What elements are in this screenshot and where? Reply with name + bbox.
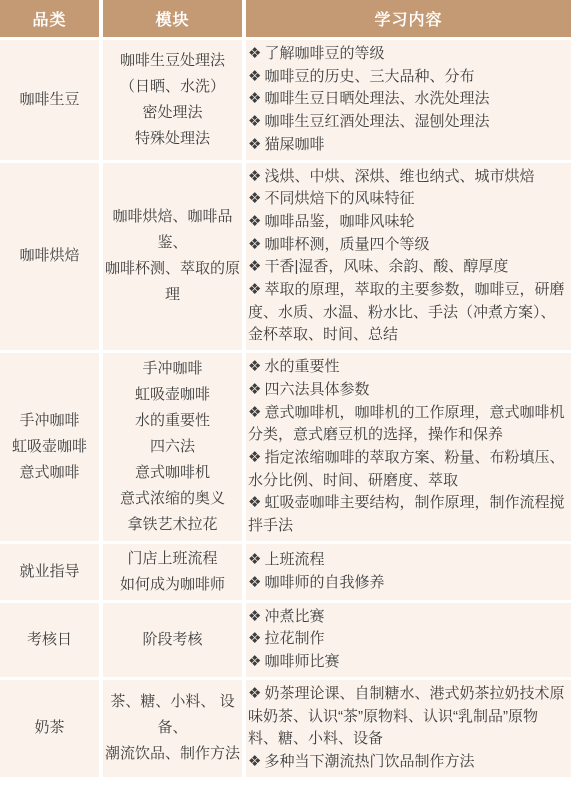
- category-line: 就业指导: [19, 559, 79, 585]
- content-item: ❖猫屎咖啡: [248, 134, 567, 157]
- content-cell: ❖水的重要性❖四六法具体参数❖意式咖啡机，咖啡机的工作原理，意式咖啡机分类，意式…: [246, 353, 571, 541]
- module-line: 意式咖啡机: [135, 460, 210, 486]
- category-cell: 咖啡生豆: [0, 40, 99, 160]
- module-line: （日晒、水洗）: [120, 74, 225, 100]
- content-item: ❖意式咖啡机，咖啡机的工作原理，意式咖啡机分类，意式磨豆机的选择，操作和保养: [248, 402, 567, 447]
- category-cell: 考核日: [0, 603, 99, 677]
- module-line: 虹吸壶咖啡: [135, 382, 210, 408]
- module-cell: 手冲咖啡虹吸壶咖啡水的重要性四六法意式咖啡机意式浓缩的奥义拿铁艺术拉花: [103, 353, 242, 541]
- module-line: 咖啡烘焙、咖啡品鉴、: [104, 204, 241, 256]
- content-item: ❖四六法具体参数: [248, 379, 567, 402]
- module-line: 手冲咖啡: [142, 356, 202, 382]
- module-line: 特殊处理法: [135, 126, 210, 152]
- diamond-bullet-icon: ❖: [248, 213, 261, 230]
- diamond-bullet-icon: ❖: [248, 551, 261, 568]
- content-item: ❖咖啡豆的历史、三大品种、分布: [248, 66, 567, 89]
- category-cell: 就业指导: [0, 544, 99, 600]
- module-line: 密处理法: [142, 100, 202, 126]
- module-line: 意式浓缩的奥义: [120, 486, 225, 512]
- module-line: 水的重要性: [135, 408, 210, 434]
- content-item: ❖浅烘、中烘、深烘、维也纳式、城市烘焙: [248, 166, 567, 189]
- content-item: ❖水的重要性: [248, 356, 567, 379]
- diamond-bullet-icon: ❖: [248, 494, 261, 511]
- content-item: ❖奶茶理论课、自制糖水、港式奶茶拉奶技术原味奶茶、认识“茶”原物料、认识“乳制品…: [248, 683, 567, 751]
- content-item: ❖咖啡生豆红酒处理法、湿刨处理法: [248, 111, 567, 134]
- content-item: ❖冲煮比赛: [248, 606, 567, 629]
- module-cell: 咖啡烘焙、咖啡品鉴、咖啡杯测、萃取的原理: [103, 163, 242, 351]
- module-cell: 茶、糖、小料、 设备、潮流饮品、制作方法: [103, 680, 242, 777]
- module-line: 如何成为咖啡师: [120, 572, 225, 598]
- module-line: 茶、糖、小料、 设备、: [104, 689, 241, 741]
- module-cell: 咖啡生豆处理法（日晒、水洗）密处理法特殊处理法: [103, 40, 242, 160]
- module-line: 四六法: [150, 434, 195, 460]
- content-item: ❖多种当下潮流热门饮品制作方法: [248, 751, 567, 774]
- diamond-bullet-icon: ❖: [248, 258, 261, 275]
- column-header-module: 模块: [103, 0, 242, 37]
- module-line: 咖啡生豆处理法: [120, 48, 225, 74]
- content-cell: ❖奶茶理论课、自制糖水、港式奶茶拉奶技术原味奶茶、认识“茶”原物料、认识“乳制品…: [246, 680, 571, 777]
- category-line: 奶茶: [34, 715, 64, 741]
- category-line: 咖啡生豆: [19, 87, 79, 113]
- diamond-bullet-icon: ❖: [248, 630, 261, 647]
- content-cell: ❖上班流程❖咖啡师的自我修养: [246, 544, 571, 600]
- content-item: ❖上班流程: [248, 549, 567, 572]
- diamond-bullet-icon: ❖: [248, 381, 261, 398]
- category-cell: 手冲咖啡虹吸壶咖啡意式咖啡: [0, 353, 99, 541]
- content-item: ❖咖啡师比赛: [248, 651, 567, 674]
- content-item: ❖了解咖啡豆的等级: [248, 43, 567, 66]
- content-cell: ❖了解咖啡豆的等级❖咖啡豆的历史、三大品种、分布❖咖啡生豆日晒处理法、水洗处理法…: [246, 40, 571, 160]
- module-line: 门店上班流程: [127, 546, 217, 572]
- diamond-bullet-icon: ❖: [248, 113, 261, 130]
- module-line: 咖啡杯测、萃取的原理: [104, 256, 241, 308]
- category-line: 手冲咖啡: [19, 408, 79, 434]
- content-item: ❖干香|湿香，风味、余韵、酸、醇厚度: [248, 256, 567, 279]
- diamond-bullet-icon: ❖: [248, 608, 261, 625]
- module-cell: 门店上班流程如何成为咖啡师: [103, 544, 242, 600]
- content-item: ❖虹吸壶咖啡主要结构，制作原理，制作流程搅拌手法: [248, 492, 567, 537]
- diamond-bullet-icon: ❖: [248, 753, 261, 770]
- module-line: 拿铁艺术拉花: [127, 512, 217, 538]
- diamond-bullet-icon: ❖: [248, 653, 261, 670]
- content-item: ❖咖啡品鉴，咖啡风味轮: [248, 211, 567, 234]
- category-line: 考核日: [27, 627, 72, 653]
- module-line: 潮流饮品、制作方法: [105, 741, 240, 767]
- diamond-bullet-icon: ❖: [248, 45, 261, 62]
- column-header-content: 学习内容: [246, 0, 571, 37]
- column-header-category: 品类: [0, 0, 99, 37]
- diamond-bullet-icon: ❖: [248, 136, 261, 153]
- module-line: 阶段考核: [142, 627, 202, 653]
- diamond-bullet-icon: ❖: [248, 168, 261, 185]
- content-item: ❖指定浓缩咖啡的萃取方案、粉量、布粉填压、水分比例、时间、研磨度、萃取: [248, 447, 567, 492]
- content-cell: ❖冲煮比赛❖拉花制作❖咖啡师比赛: [246, 603, 571, 677]
- category-line: 意式咖啡: [19, 460, 79, 486]
- content-item: ❖咖啡杯测，质量四个等级: [248, 234, 567, 257]
- content-item: ❖不同烘焙下的风味特征: [248, 188, 567, 211]
- curriculum-table: 品类 模块 学习内容 咖啡生豆咖啡生豆处理法（日晒、水洗）密处理法特殊处理法❖了…: [0, 0, 571, 786]
- diamond-bullet-icon: ❖: [248, 685, 261, 702]
- diamond-bullet-icon: ❖: [248, 574, 261, 591]
- diamond-bullet-icon: ❖: [248, 90, 261, 107]
- category-line: 虹吸壶咖啡: [12, 434, 87, 460]
- diamond-bullet-icon: ❖: [248, 281, 261, 298]
- category-line: 咖啡烘焙: [19, 243, 79, 269]
- content-item: ❖咖啡师的自我修养: [248, 572, 567, 595]
- diamond-bullet-icon: ❖: [248, 449, 261, 466]
- diamond-bullet-icon: ❖: [248, 68, 261, 85]
- content-item: ❖拉花制作: [248, 628, 567, 651]
- diamond-bullet-icon: ❖: [248, 190, 261, 207]
- diamond-bullet-icon: ❖: [248, 236, 261, 253]
- category-cell: 奶茶: [0, 680, 99, 777]
- content-cell: ❖浅烘、中烘、深烘、维也纳式、城市烘焙❖不同烘焙下的风味特征❖咖啡品鉴，咖啡风味…: [246, 163, 571, 351]
- module-cell: 阶段考核: [103, 603, 242, 677]
- content-item: ❖咖啡生豆日晒处理法、水洗处理法: [248, 88, 567, 111]
- category-cell: 咖啡烘焙: [0, 163, 99, 351]
- diamond-bullet-icon: ❖: [248, 404, 261, 421]
- diamond-bullet-icon: ❖: [248, 358, 261, 375]
- content-item: ❖萃取的原理，萃取的主要参数，咖啡豆，研磨度、水质、水温、粉水比、手法（冲煮方案…: [248, 279, 567, 347]
